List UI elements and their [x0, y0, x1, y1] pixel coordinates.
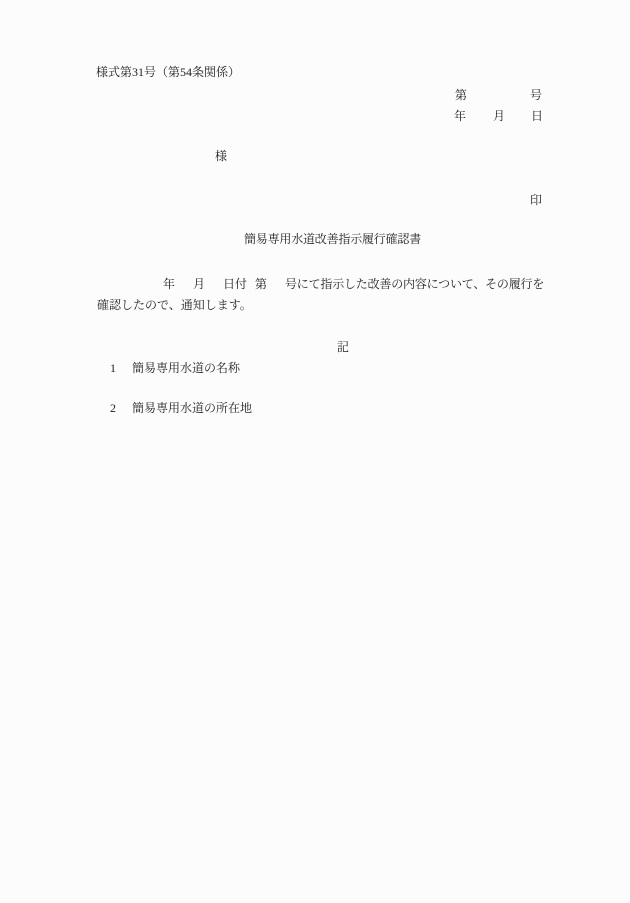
item-number: 2 [110, 402, 116, 414]
doc-number-suffix: 号 [530, 89, 542, 101]
body-number-prefix: 第 [255, 278, 267, 290]
addressee-honorific: 様 [215, 150, 227, 162]
item-label: 簡易専用水道の名称 [132, 362, 240, 374]
date-day-label: 日 [531, 110, 543, 122]
document-title: 簡易専用水道改善指示履行確認書 [244, 233, 421, 245]
doc-number-prefix: 第 [455, 89, 467, 101]
body-line2-text: 確認したので、通知します。 [97, 299, 252, 311]
date-month-label: 月 [493, 110, 505, 122]
body-date-day: 日付 [223, 278, 247, 290]
section-marker: 記 [337, 341, 349, 353]
seal-mark: 印 [530, 194, 542, 206]
item-label: 簡易専用水道の所在地 [132, 402, 252, 414]
item-number: 1 [110, 362, 116, 374]
document-page: 様式第31号（第54条関係） 第 号 年 月 日 様 印 簡易専用水道改善指示履… [0, 0, 630, 903]
body-date-month: 月 [193, 278, 205, 290]
form-number: 様式第31号（第54条関係） [96, 66, 240, 78]
date-year-label: 年 [454, 110, 466, 122]
body-date-year: 年 [163, 278, 175, 290]
body-line1-text: 号にて指示した改善の内容について、その履行を [285, 278, 544, 290]
